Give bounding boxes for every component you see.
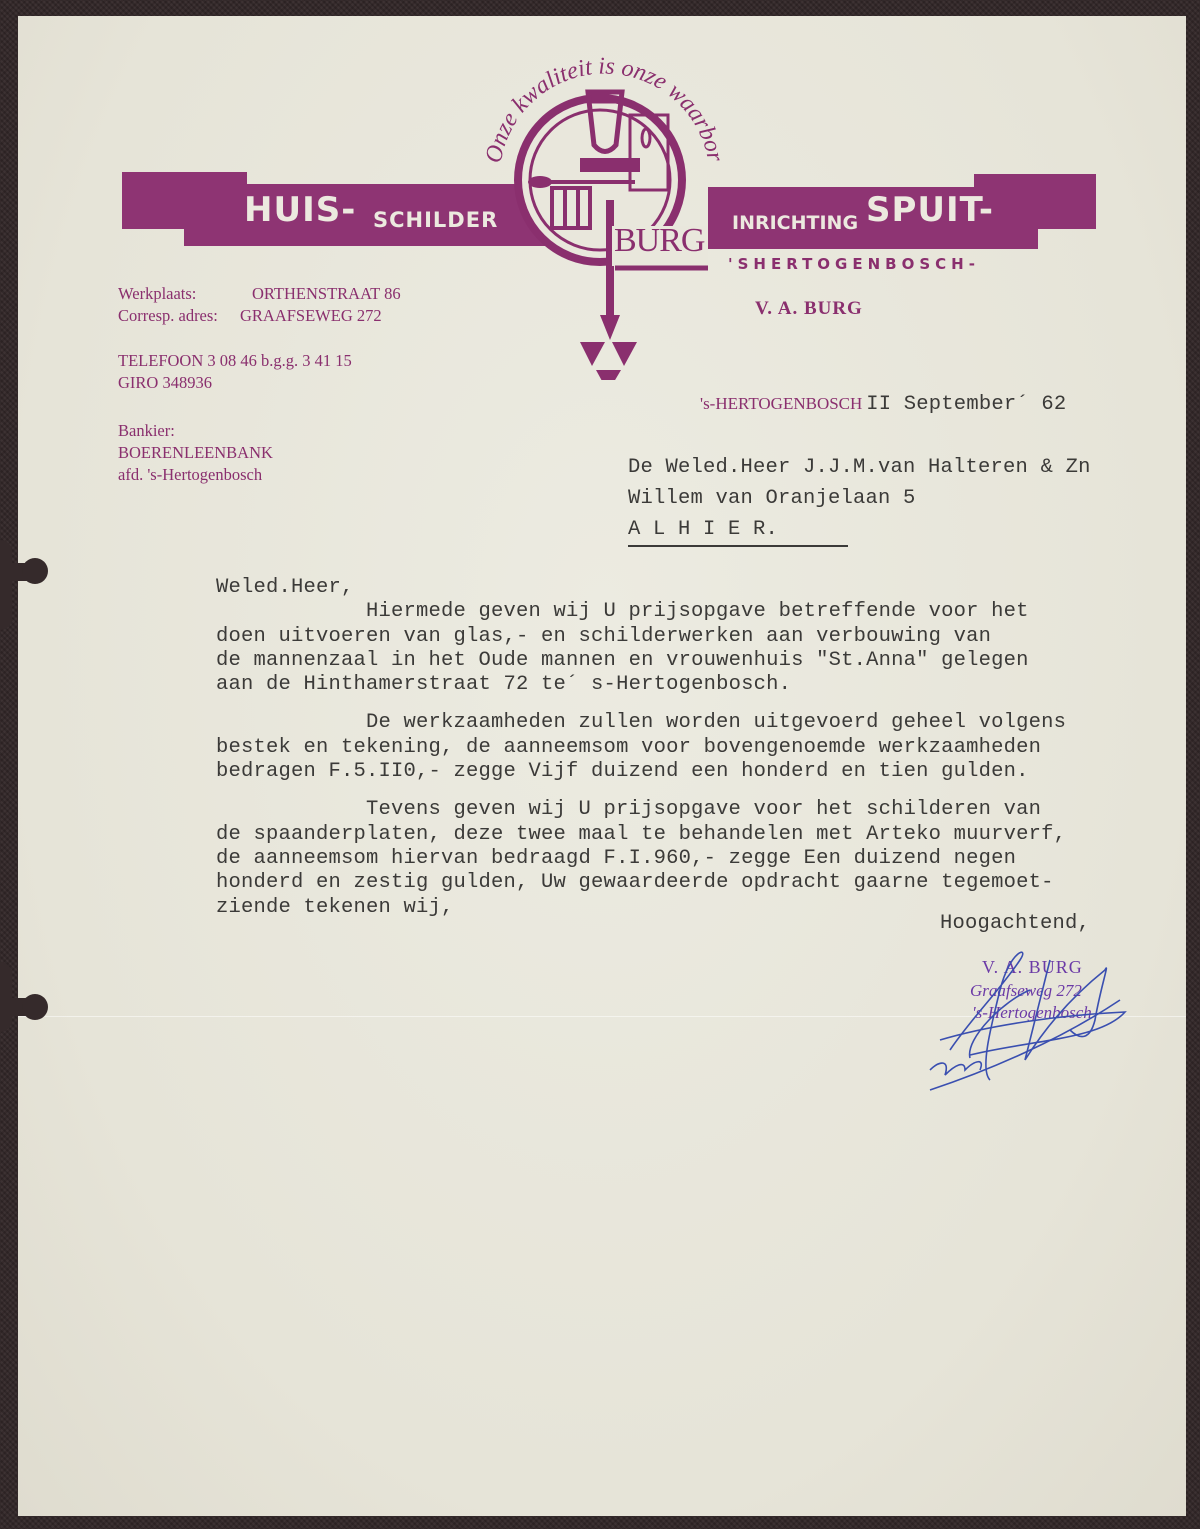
bank-block: Bankier: BOERENLEENBANK afd. 's-Hertogen… [118,420,273,486]
date-city: 's-HERTOGENBOSCH [700,394,862,413]
paragraph-3: Tevens geven wij U prijsopgave voor het … [216,798,1146,919]
address-block: Werkplaats:ORTHENSTRAAT 86 Corresp. adre… [118,283,401,327]
salutation: Weled.Heer, [216,576,1146,600]
workshop-value: ORTHENSTRAAT 86 [252,283,401,305]
recipient-name: De Weled.Heer J.J.M.van Halteren & Zn [628,452,1091,483]
corresp-value: GRAAFSEWEG 272 [240,305,382,327]
recipient-block: De Weled.Heer J.J.M.van Halteren & Zn Wi… [628,452,1091,547]
corresp-label: Corresp. adres: [118,305,240,327]
band-inrichting: INRICHTING [732,212,858,234]
spray-gun-logo-icon: Onze kwaliteit is onze waarborg [470,30,730,380]
owner-name: V. A. BURG [755,298,863,320]
banker-label: Bankier: [118,420,273,442]
bank-name: BOERENLEENBANK [118,442,273,464]
giro: GIRO 348936 [118,372,352,394]
recipient-street: Willem van Oranjelaan 5 [628,483,1091,514]
bank-branch: afd. 's-Hertogenbosch [118,464,273,486]
workshop-label: Werkplaats: [118,283,252,305]
contact-block: TELEFOON 3 08 46 b.g.g. 3 41 15 GIRO 348… [118,350,352,394]
punch-hole-top [22,558,48,584]
punch-tear-top [0,540,12,630]
phone: TELEFOON 3 08 46 b.g.g. 3 41 15 [118,350,352,372]
recipient-city: A L H I E R. [628,514,848,547]
letter-body: Weled.Heer, Hiermede geven wij U prijsop… [216,576,1146,934]
signature-icon [910,930,1150,1100]
logo-burg: BURG [614,222,704,260]
punch-hole-bottom [22,994,48,1020]
punch-tear-bottom [0,962,12,1032]
paragraph-1: Hiermede geven wij U prijsopgave betreff… [216,600,1146,697]
band-spuit: SPUIT- [866,190,994,230]
band-huis: HUIS- [244,190,356,230]
date-line: 's-HERTOGENBOSCH II September´ 62 [700,393,1066,416]
city-caps: 'SHERTOGENBOSCH- [728,255,980,273]
paragraph-2: De werkzaamheden zullen worden uitgevoer… [216,711,1146,784]
date-value: II September´ 62 [866,393,1066,416]
